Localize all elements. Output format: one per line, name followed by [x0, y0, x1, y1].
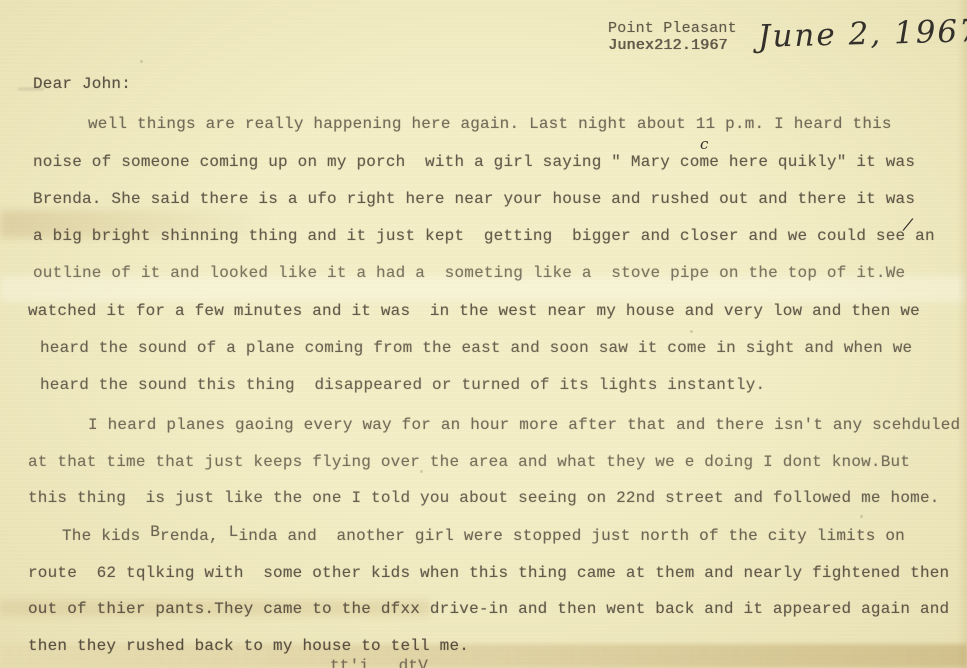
typed-line-1: well things are really happening here ag… [88, 114, 892, 134]
letter-page: Point Pleasant Junex212.1967 June 2, 196… [0, 0, 967, 668]
typed-line-12-raised-B: B [150, 523, 160, 541]
typed-date: Junex212.1967 [608, 37, 728, 54]
typed-line-4: a big bright shinning thing and it just … [33, 226, 935, 246]
scan-edge-shadow [957, 0, 967, 668]
typed-line-12-seg5: inda and another girl were stopped just … [238, 527, 905, 545]
typed-line-2-pre: noise of someone coming up on my porch w… [33, 153, 807, 171]
typed-line-2-post: it was [847, 153, 916, 171]
salutation: Dear John: [33, 74, 131, 94]
typed-line-7: heard the sound of a plane coming from t… [40, 338, 912, 358]
typed-line-12: The kids Brenda, Linda and another girl … [62, 526, 905, 546]
typed-line-5: outline of it and looked like it a had a… [33, 263, 905, 283]
typed-line-3: Brenda. She said there is a ufo right he… [33, 189, 915, 209]
typed-line-6: watched it for a few minutes and it was … [28, 301, 920, 321]
typed-line-13: route 62 tqlking with some other kids wh… [28, 563, 949, 583]
typed-line-14: out of thier pants.They came to the dfxx… [28, 599, 949, 619]
cutoff-line-fragment: tt'i dtV [330, 656, 550, 668]
handwritten-correction-c: c [700, 135, 708, 153]
handwritten-date: June 2, 1967 [758, 13, 967, 55]
typed-line-12-seg1: The kids [62, 527, 150, 545]
typed-line-2-word: kly" [807, 153, 846, 171]
typed-line-10: at that time that just keeps flying over… [28, 452, 910, 472]
paper-speck [860, 515, 863, 518]
typed-line-15: then they rushed back to my house to tel… [28, 636, 469, 656]
paper-speck [140, 60, 143, 63]
typed-line-11: this thing is just like the one I told y… [28, 488, 940, 508]
typed-location: Point Pleasant [608, 20, 737, 37]
typed-line-8: heard the sound this thing disappeared o… [40, 375, 765, 395]
typed-line-12-seg3: renda, [160, 527, 229, 545]
typed-line-9: I heard planes gaoing every way for an h… [88, 415, 960, 435]
paper-speck [690, 330, 693, 333]
typed-line-2: noise of someone coming up on my porch w… [33, 152, 915, 172]
typed-line-12-raised-L: L [229, 523, 239, 541]
cutoff-line-text: tt'i dtV [330, 657, 428, 668]
